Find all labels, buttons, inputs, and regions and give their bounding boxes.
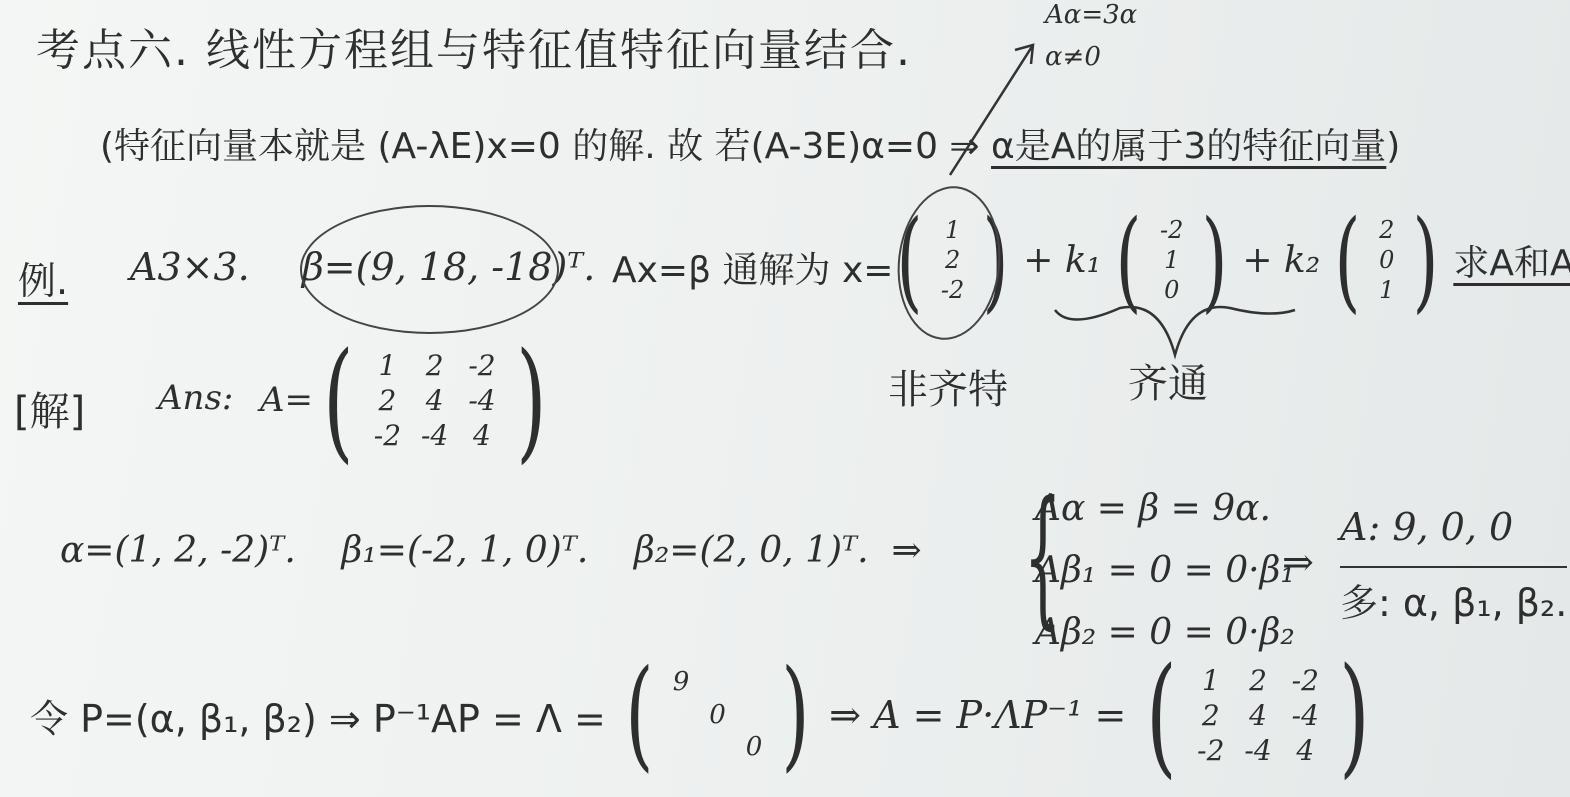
implies-arrow: ⇒ bbox=[1282, 540, 1314, 584]
beta-circle-mark bbox=[300, 205, 559, 334]
label-nonhomogeneous-particular: 非齐特 bbox=[888, 358, 1008, 415]
k2-label: + k₂ bbox=[1242, 240, 1320, 281]
answer-label: Ans: bbox=[158, 378, 233, 418]
lambda-matrix: ( 9 0 0 ) bbox=[616, 655, 819, 775]
whiteboard-title: 考点六. 线性方程组与特征值特征向量结合. bbox=[36, 14, 912, 78]
given-A: A3×3. bbox=[130, 245, 250, 289]
note-underlined: α是A的属于3的特征向量 bbox=[991, 126, 1386, 167]
eigen-system: Aα = β = 9α. Aβ₁ = 0 = 0·β₁ Aβ₂ = 0 = 0·… bbox=[1035, 478, 1295, 664]
annotation-arrow-icon bbox=[945, 40, 1045, 180]
eigenvector-note: (特征向量本就是 (A-λE)x=0 的解. 故 若(A-3E)α=0 ⇒ α是… bbox=[100, 118, 1400, 169]
label-homogeneous-general: 齐通 bbox=[1128, 352, 1208, 409]
eigenvectors: 多: α, β₁, β₂. bbox=[1340, 568, 1567, 638]
k1-vector: (-210) bbox=[1107, 205, 1236, 315]
diagonalization-line: 令 P=(α, β₁, β₂) ⇒ P⁻¹AP = Λ = ( 9 0 0 ) … bbox=[30, 650, 1380, 780]
answer-matrix: A= ( 12-2 24-4 -2-44 ) bbox=[260, 335, 556, 465]
final-matrix: ( 12-2 24-4 -2-44 ) bbox=[1136, 650, 1379, 780]
k1-label: + k₁ bbox=[1023, 240, 1101, 281]
eigen-summary: A: 9, 0, 0 多: α, β₁, β₂. bbox=[1340, 492, 1567, 638]
note-text: (特征向量本就是 (A-λE)x=0 的解. 故 若(A-3E)α=0 ⇒ bbox=[100, 126, 991, 167]
eigenvalues: A: 9, 0, 0 bbox=[1340, 492, 1567, 568]
annotation: Aα=3α α≠0 bbox=[1045, 0, 1137, 78]
annotation-line2: α≠0 bbox=[1045, 36, 1137, 78]
system-statement: Ax=β 通解为 x= bbox=[612, 242, 893, 293]
example-label: 例. bbox=[18, 250, 68, 305]
solution-label: [解] bbox=[14, 380, 85, 437]
k2-vector: (201) bbox=[1326, 205, 1447, 315]
note-close: ) bbox=[1386, 126, 1400, 167]
annotation-line1: Aα=3α bbox=[1045, 0, 1137, 36]
vectors-line: α=(1, 2, -2)ᵀ. β₁=(-2, 1, 0)ᵀ. β₂=(2, 0,… bbox=[60, 530, 922, 571]
question: 求A和A⁹⁹ bbox=[1453, 235, 1570, 286]
